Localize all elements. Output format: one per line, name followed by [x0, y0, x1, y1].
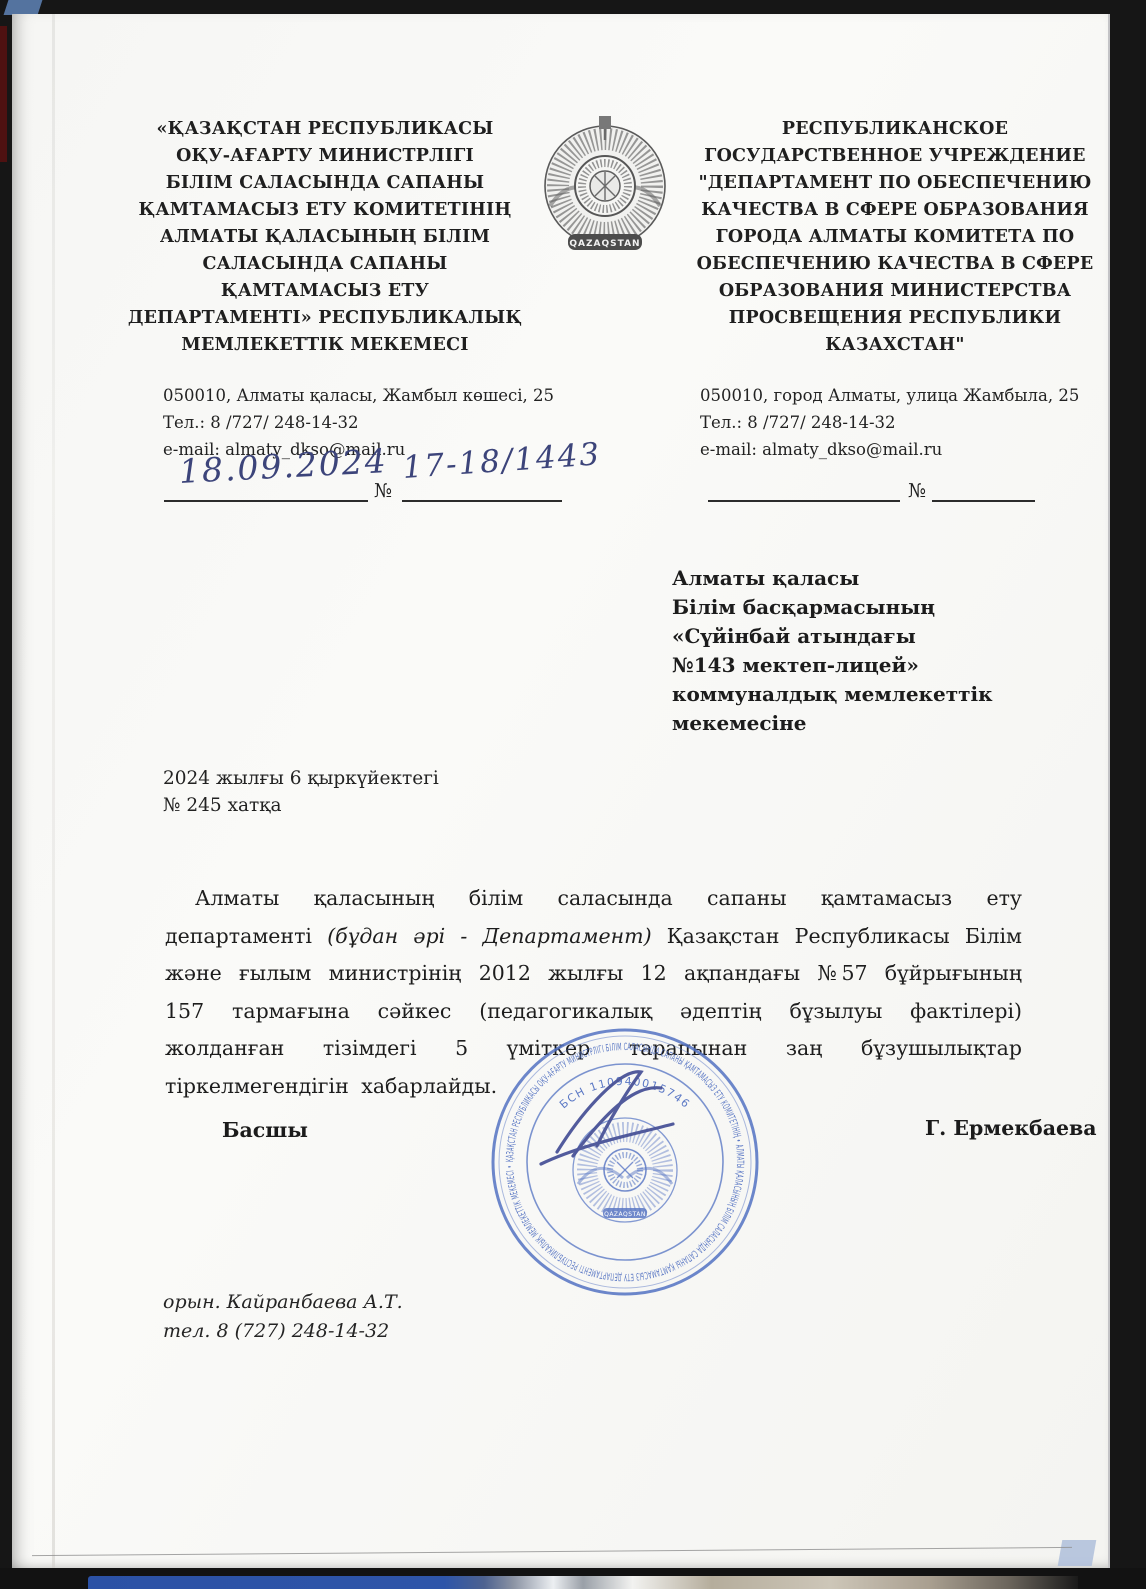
official-stamp: ҚАЗАҚСТАН РЕСПУБЛИКАСЫ ОҚУ-АҒАРТУ МИНИСТ… [475, 1012, 775, 1312]
date-line [164, 500, 368, 502]
number-line [402, 500, 562, 502]
recipient-block: Алматы қаласы Білім басқармасының «Сүйін… [672, 564, 993, 738]
stamp-center-banner: QAZAQSTAN [604, 1211, 646, 1218]
scan-edge-artifact [1058, 1540, 1097, 1566]
scanned-letter-screenshot: { "colors": { "stamp_blue": "#4f6fc1", "… [0, 0, 1146, 1589]
next-document-edge [88, 1576, 1078, 1589]
number-sign-left: № [374, 480, 392, 502]
emblem-banner-label: QAZAQSTAN [569, 239, 640, 249]
body-text-italic: (бұдан әрі - Департамент) [327, 924, 651, 948]
scan-corner-artifact [4, 0, 43, 15]
letter-page: «ҚАЗАҚСТАН РЕСПУБЛИКАСЫ ОҚУ-АҒАРТУ МИНИС… [12, 14, 1110, 1568]
number-sign-right: № [908, 480, 926, 502]
signatory-name: Г. Ермекбаева [925, 1116, 1097, 1140]
executor-info: орын. Кайранбаева А.Т. тел. 8 (727) 248-… [163, 1288, 403, 1346]
blank-date-line [708, 500, 900, 502]
org-name-russian: РЕСПУБЛИКАНСКОЕ ГОСУДАРСТВЕННОЕ УЧРЕЖДЕН… [690, 116, 1100, 359]
kazakhstan-emblem-icon: QAZAQSTAN [540, 110, 670, 270]
blank-number-line [932, 500, 1035, 502]
reply-reference: 2024 жылғы 6 қыркүйектегі № 245 хатқа [163, 765, 439, 819]
signature-title: Басшы [222, 1118, 308, 1142]
org-address-russian: 050010, город Алматы, улица Жамбыла, 25 … [700, 382, 1079, 463]
org-name-kazakh: «ҚАЗАҚСТАН РЕСПУБЛИКАСЫ ОҚУ-АҒАРТУ МИНИС… [125, 116, 525, 359]
scan-red-edge-mark [0, 26, 7, 162]
